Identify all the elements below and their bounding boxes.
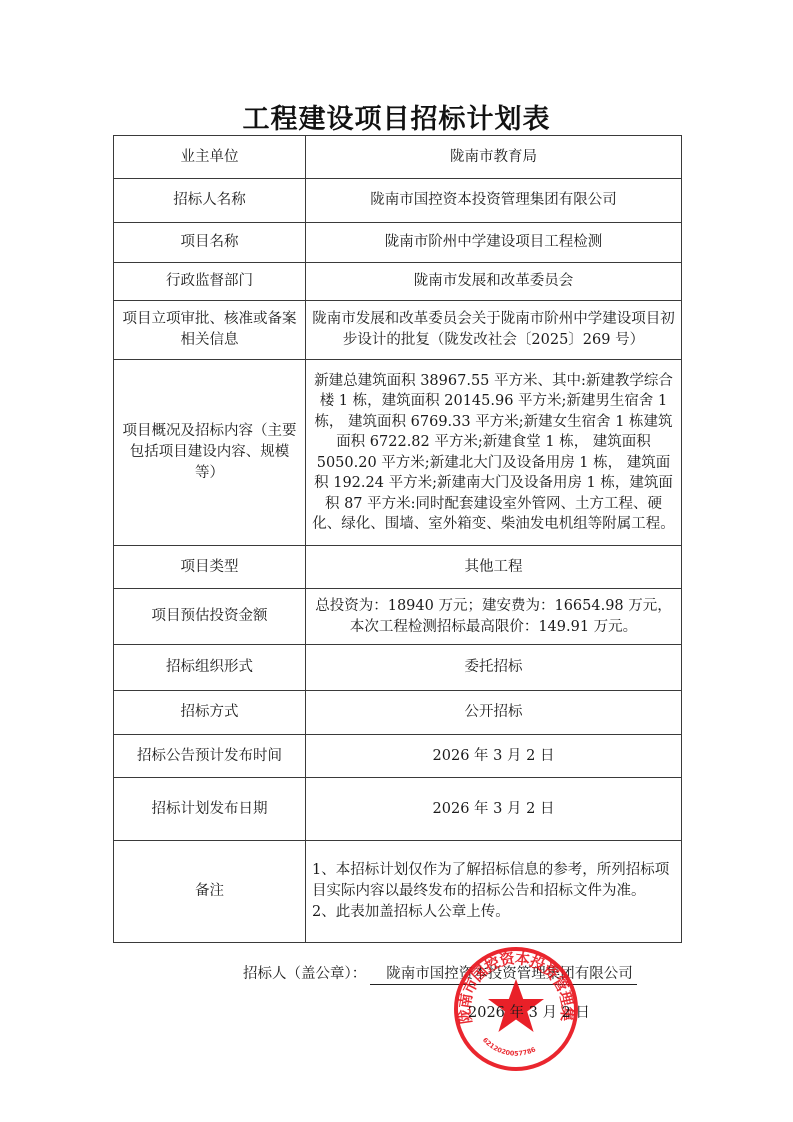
table-row: 招标方式 公开招标 <box>114 691 682 735</box>
row-label: 项目预估投资金额 <box>114 589 306 645</box>
table-row: 招标公告预计发布时间 2026 年 3 月 2 日 <box>114 735 682 778</box>
remark-line: 2、此表加盖招标人公章上传。 <box>312 902 675 923</box>
tender-plan-table: 业主单位 陇南市教育局 招标人名称 陇南市国控资本投资管理集团有限公司 项目名称… <box>113 135 682 943</box>
row-value: 陇南市阶州中学建设项目工程检测 <box>306 223 682 263</box>
row-value: 新建总建筑面积 38967.55 平方米、其中:新建教学综合楼 1 栋，建筑面积… <box>306 360 682 546</box>
row-value: 陇南市发展和改革委员会 <box>306 263 682 301</box>
row-label: 招标人名称 <box>114 179 306 223</box>
signature-date: 2026 年 3 月 2 日 <box>468 1001 590 1022</box>
row-value: 公开招标 <box>306 691 682 735</box>
row-value: 陇南市教育局 <box>306 136 682 179</box>
table-row: 项目立项审批、核准或备案相关信息 陇南市发展和改革委员会关于陇南市阶州中学建设项… <box>114 301 682 360</box>
table-row: 项目概况及招标内容（主要包括项目建设内容、规模等） 新建总建筑面积 38967.… <box>114 360 682 546</box>
remark-line: 1、本招标计划仅作为了解招标信息的参考，所列招标项目实际内容以最终发布的招标公告… <box>312 860 675 902</box>
row-value: 陇南市国控资本投资管理集团有限公司 <box>306 179 682 223</box>
row-label: 招标方式 <box>114 691 306 735</box>
row-value: 委托招标 <box>306 645 682 691</box>
table-row: 项目名称 陇南市阶州中学建设项目工程检测 <box>114 223 682 263</box>
row-label: 行政监督部门 <box>114 263 306 301</box>
stamp-serial-number: 6212020057786 <box>481 1036 538 1058</box>
table-row: 招标人名称 陇南市国控资本投资管理集团有限公司 <box>114 179 682 223</box>
row-label: 招标计划发布日期 <box>114 778 306 841</box>
row-value: 其他工程 <box>306 546 682 589</box>
signature-label: 招标人（盖公章）： <box>243 966 366 982</box>
row-label: 项目概况及招标内容（主要包括项目建设内容、规模等） <box>114 360 306 546</box>
row-value: 陇南市发展和改革委员会关于陇南市阶州中学建设项目初步设计的批复（陇发改社会〔20… <box>306 301 682 360</box>
table-row: 项目预估投资金额 总投资为：18940 万元；建安费为：16654.98 万元，… <box>114 589 682 645</box>
table-row: 项目类型 其他工程 <box>114 546 682 589</box>
row-label: 项目类型 <box>114 546 306 589</box>
table-row: 招标组织形式 委托招标 <box>114 645 682 691</box>
row-value: 总投资为：18940 万元；建安费为：16654.98 万元，本次工程检测招标最… <box>306 589 682 645</box>
svg-text:6212020057786: 6212020057786 <box>481 1036 538 1058</box>
table-row: 备注 1、本招标计划仅作为了解招标信息的参考，所列招标项目实际内容以最终发布的招… <box>114 841 682 943</box>
row-value: 2026 年 3 月 2 日 <box>306 735 682 778</box>
table-row: 招标计划发布日期 2026 年 3 月 2 日 <box>114 778 682 841</box>
row-label: 项目名称 <box>114 223 306 263</box>
row-value: 2026 年 3 月 2 日 <box>306 778 682 841</box>
table-row: 行政监督部门 陇南市发展和改革委员会 <box>114 263 682 301</box>
row-label: 招标公告预计发布时间 <box>114 735 306 778</box>
row-label: 备注 <box>114 841 306 943</box>
remarks-cell: 1、本招标计划仅作为了解招标信息的参考，所列招标项目实际内容以最终发布的招标公告… <box>306 841 682 943</box>
document-title: 工程建设项目招标计划表 <box>0 97 793 136</box>
row-label: 项目立项审批、核准或备案相关信息 <box>114 301 306 360</box>
table-row: 业主单位 陇南市教育局 <box>114 136 682 179</box>
row-label: 业主单位 <box>114 136 306 179</box>
row-label: 招标组织形式 <box>114 645 306 691</box>
